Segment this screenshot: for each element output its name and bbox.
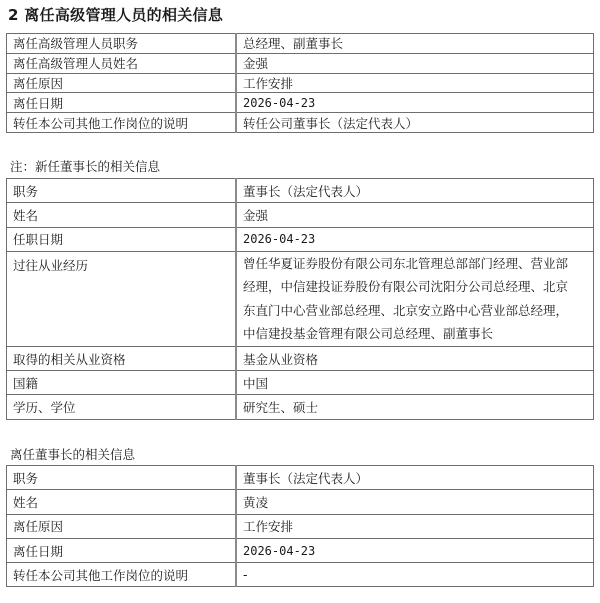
row-label: 转任本公司其他工作岗位的说明	[7, 563, 237, 587]
career-line: 东直门中心营业部总经理、北京安立路中心营业部总经理，	[243, 299, 593, 323]
career-line: 曾任华夏证券股份有限公司东北管理总部部门经理、营业部	[243, 252, 593, 276]
table-row: 国籍 中国	[7, 371, 594, 395]
career-line: 中信建投基金管理有限公司总经理、副董事长	[243, 322, 593, 346]
table-row: 离任日期 2026-04-23	[7, 538, 594, 562]
table-row: 姓名 金强	[7, 203, 594, 227]
row-label: 学历、学位	[7, 395, 237, 419]
row-value: 2026-04-23	[236, 93, 594, 113]
row-label: 离任高级管理人员职务	[7, 34, 237, 54]
new-chairman-table: 职务 董事长（法定代表人） 姓名 金强 任职日期 2026-04-23 过往从业…	[6, 178, 594, 420]
row-value: 研究生、硕士	[236, 395, 594, 419]
row-value: 黄凌	[236, 490, 594, 514]
table-row: 离任原因 工作安排	[7, 73, 594, 93]
row-label: 离任日期	[7, 93, 237, 113]
section-title-departing-chairman: 离任董事长的相关信息	[10, 445, 135, 463]
row-label: 取得的相关从业资格	[7, 346, 237, 370]
row-label: 姓名	[7, 490, 237, 514]
row-value: 中国	[236, 371, 594, 395]
career-history-value: 曾任华夏证券股份有限公司东北管理总部部门经理、营业部 经理，中信建投证券股份有限…	[236, 251, 594, 346]
table-row: 学历、学位 研究生、硕士	[7, 395, 594, 419]
row-value: 转任公司董事长（法定代表人）	[236, 113, 594, 133]
table-row: 离任高级管理人员姓名 金强	[7, 53, 594, 73]
row-label: 职务	[7, 179, 237, 203]
table-row: 离任高级管理人员职务 总经理、副董事长	[7, 34, 594, 54]
row-label: 职务	[7, 466, 237, 490]
row-label: 离任原因	[7, 73, 237, 93]
row-value: 董事长（法定代表人）	[236, 179, 594, 203]
row-value: 工作安排	[236, 514, 594, 538]
table-row: 离任日期 2026-04-23	[7, 93, 594, 113]
row-value: 2026-04-23	[236, 227, 594, 251]
row-value: 工作安排	[236, 73, 594, 93]
row-label: 离任原因	[7, 514, 237, 538]
career-line: 经理，中信建投证券股份有限公司沈阳分公司总经理、北京	[243, 275, 593, 299]
row-label: 离任日期	[7, 538, 237, 562]
table-row: 职务 董事长（法定代表人）	[7, 179, 594, 203]
row-value: -	[236, 563, 594, 587]
section-title-new-chairman: 注：新任董事长的相关信息	[10, 157, 160, 175]
row-label: 离任高级管理人员姓名	[7, 53, 237, 73]
row-label: 转任本公司其他工作岗位的说明	[7, 113, 237, 133]
row-label: 国籍	[7, 371, 237, 395]
table-row: 取得的相关从业资格 基金从业资格	[7, 346, 594, 370]
table-row: 姓名 黄凌	[7, 490, 594, 514]
table-row: 职务 董事长（法定代表人）	[7, 466, 594, 490]
row-value: 基金从业资格	[236, 346, 594, 370]
row-value: 金强	[236, 203, 594, 227]
row-label: 过往从业经历	[7, 251, 237, 346]
table-row: 转任本公司其他工作岗位的说明 -	[7, 563, 594, 587]
row-label: 任职日期	[7, 227, 237, 251]
row-value: 金强	[236, 53, 594, 73]
table-row: 过往从业经历 曾任华夏证券股份有限公司东北管理总部部门经理、营业部 经理，中信建…	[7, 251, 594, 346]
departing-chairman-table: 职务 董事长（法定代表人） 姓名 黄凌 离任原因 工作安排 离任日期 2026-…	[6, 465, 594, 587]
row-value: 董事长（法定代表人）	[236, 466, 594, 490]
table-row: 转任本公司其他工作岗位的说明 转任公司董事长（法定代表人）	[7, 113, 594, 133]
row-label: 姓名	[7, 203, 237, 227]
row-value: 总经理、副董事长	[236, 34, 594, 54]
row-value: 2026-04-23	[236, 538, 594, 562]
table-row: 任职日期 2026-04-23	[7, 227, 594, 251]
section-title-departing-executive: 2 离任高级管理人员的相关信息	[8, 4, 223, 25]
table-row: 离任原因 工作安排	[7, 514, 594, 538]
departing-executive-table: 离任高级管理人员职务 总经理、副董事长 离任高级管理人员姓名 金强 离任原因 工…	[6, 33, 594, 133]
